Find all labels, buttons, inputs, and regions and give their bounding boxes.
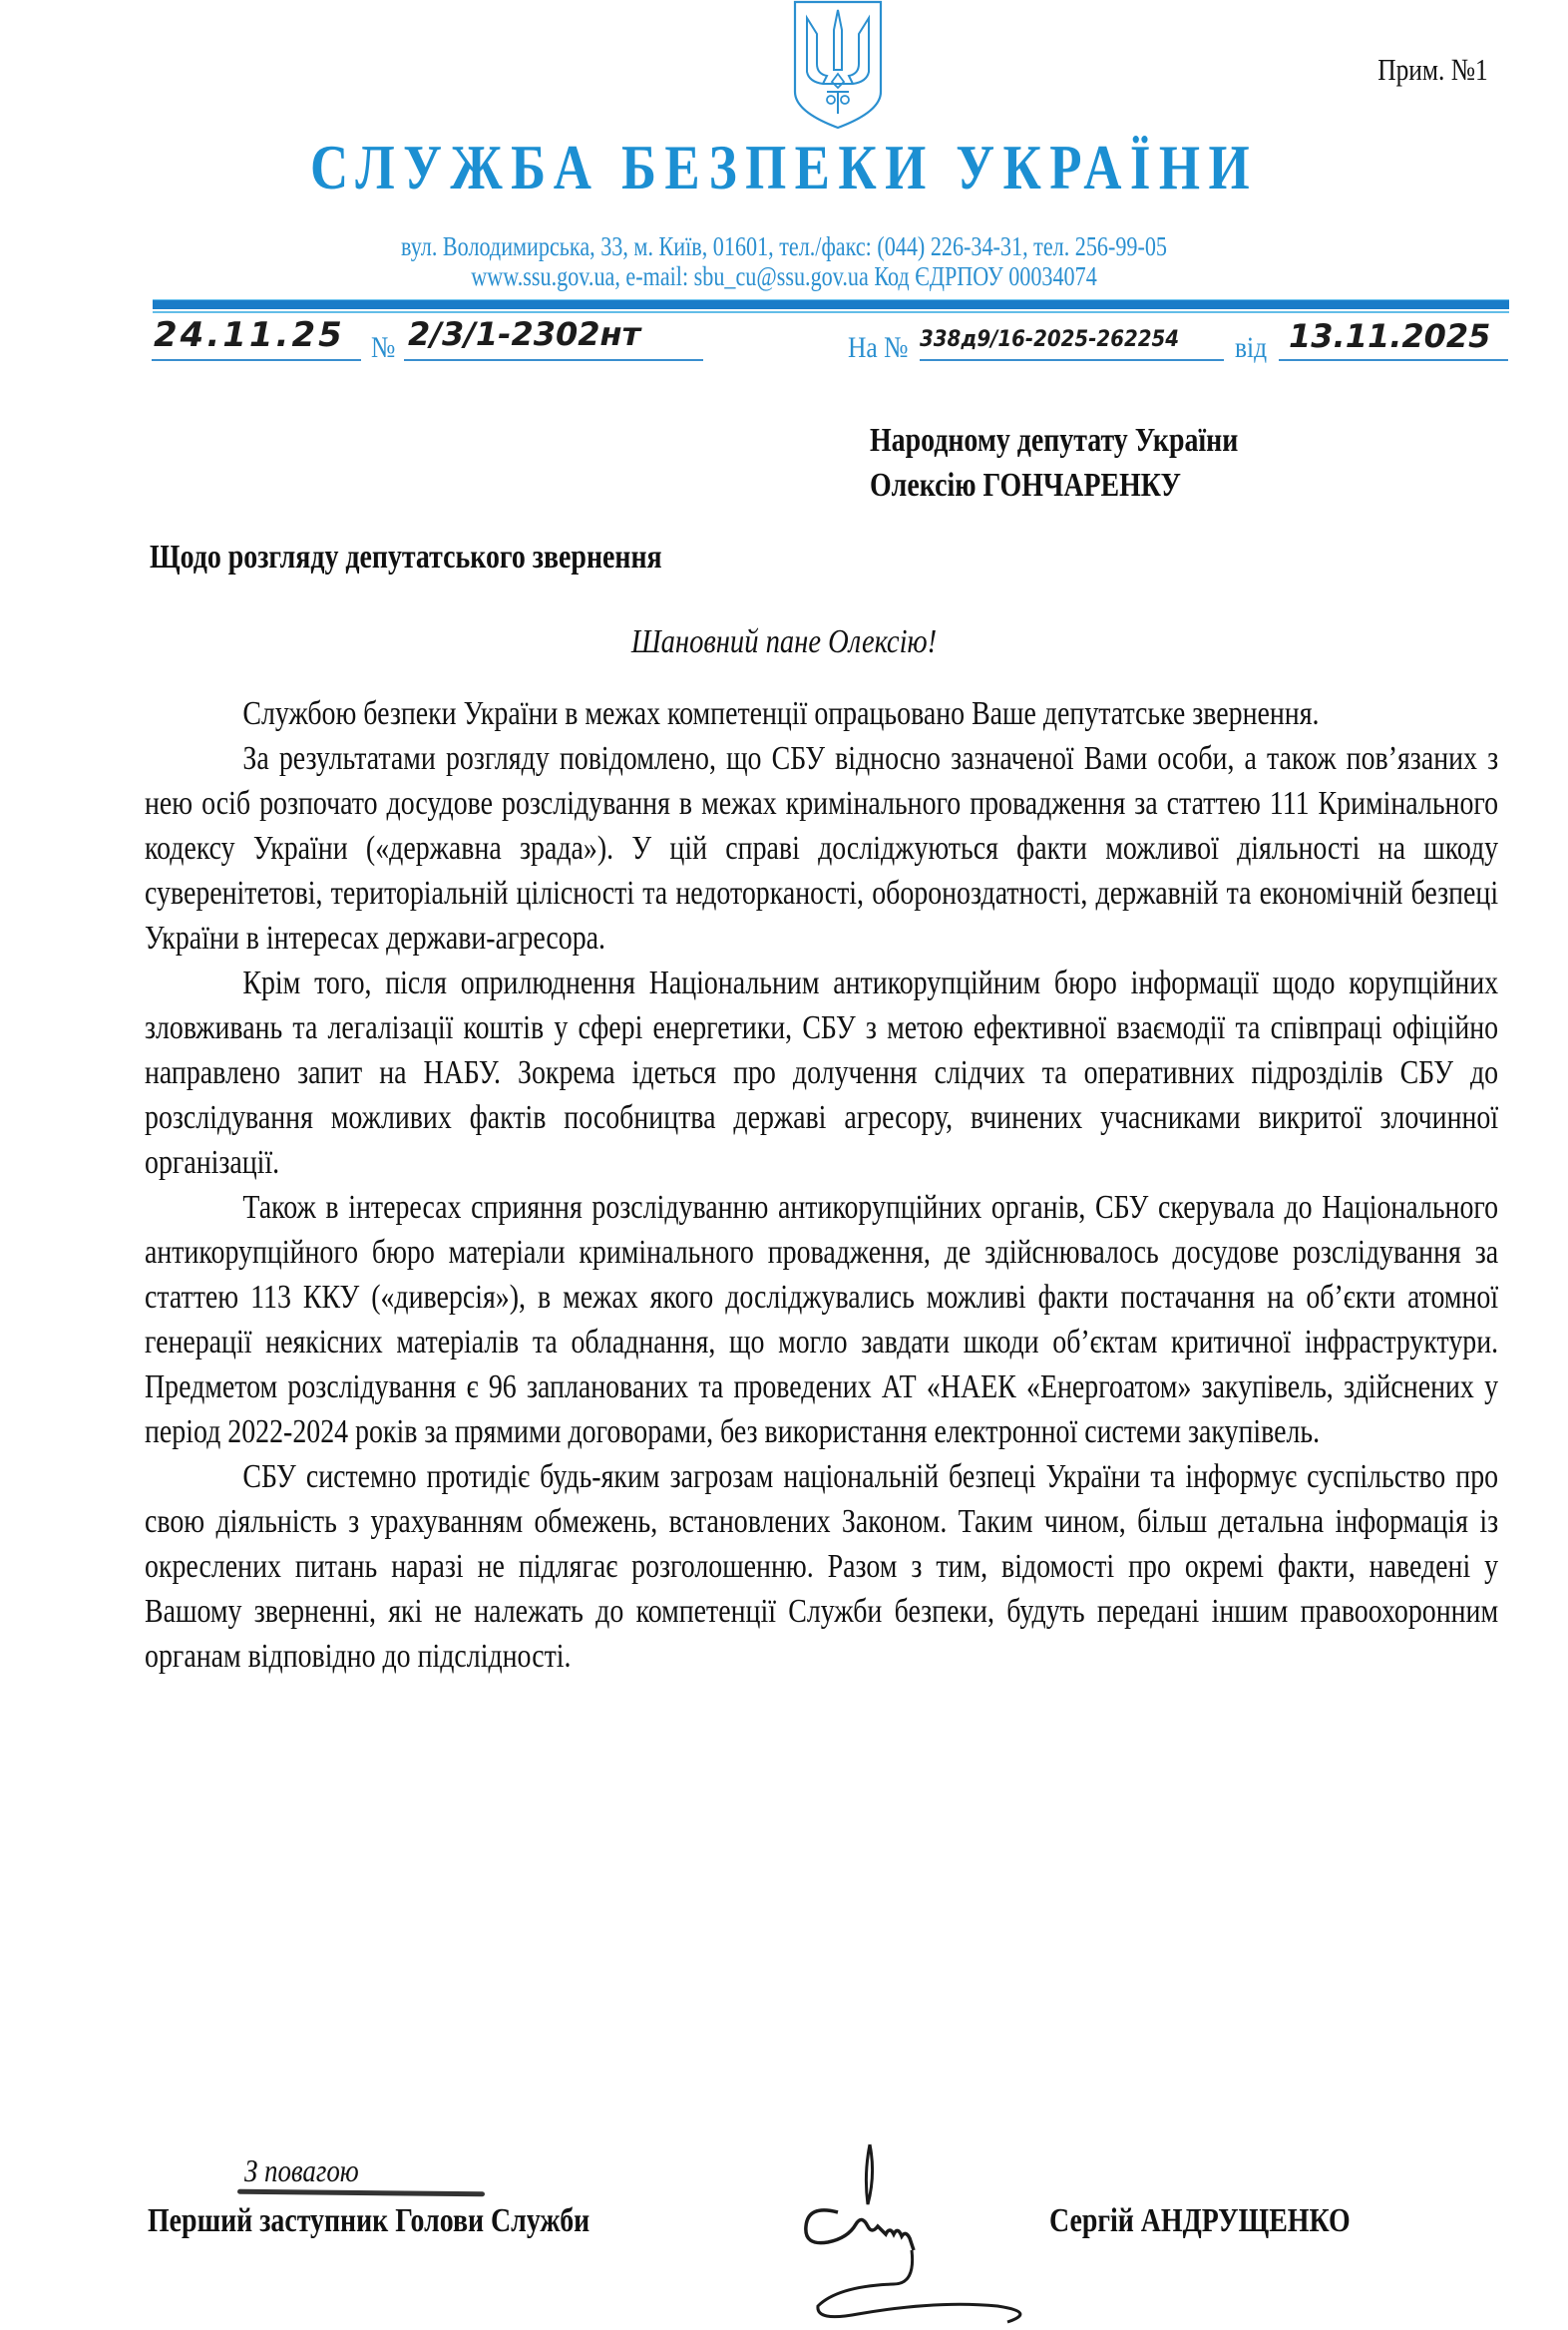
body-paragraph: За результатами розгляду повідомлено, що… (145, 736, 1498, 961)
outgoing-number-field: 2/3/1-2302нт (404, 317, 703, 361)
organization-contacts: www.ssu.gov.ua, e-mail: sbu_cu@ssu.gov.u… (141, 261, 1426, 292)
trident-icon (787, 0, 889, 130)
outgoing-number: 2/3/1-2302нт (408, 315, 640, 353)
reply-to-number-field: 338д9/16-2025-262254 (920, 319, 1224, 361)
closing-underline (237, 2189, 485, 2197)
annex-label: Прим. №1 (1378, 52, 1488, 88)
letterhead-rule-thin (153, 311, 1509, 313)
reply-to-label: На № (848, 331, 908, 365)
letter-body: Службою безпеки України в межах компетен… (145, 691, 1498, 1679)
reply-date-field: 13.11.2025 (1279, 319, 1508, 361)
letter-subject: Щодо розгляду депутатського звернення (150, 539, 662, 577)
signatory-position: Перший заступник Голови Служби (148, 2202, 589, 2240)
number-label: № (371, 331, 395, 365)
reply-to-number: 338д9/16-2025-262254 (920, 327, 1179, 352)
body-paragraph: СБУ системно протидіє будь-яким загрозам… (145, 1454, 1498, 1679)
reply-date: 13.11.2025 (1289, 317, 1490, 355)
organization-name: СЛУЖБА БЕЗПЕКИ УКРАЇНИ (126, 132, 1442, 204)
addressee-name: Олексію ГОНЧАРЕНКУ (870, 467, 1181, 505)
closing-phrase: З повагою (244, 2152, 359, 2189)
greeting: Шановний пане Олексію! (126, 623, 1442, 661)
letterhead-rule (153, 299, 1509, 309)
outgoing-date-field: 24.11.25 (152, 317, 361, 361)
outgoing-date: 24.11.25 (154, 315, 345, 355)
reply-date-label: від (1235, 331, 1267, 365)
addressee-title: Народному депутату України (870, 422, 1238, 460)
body-paragraph: Також в інтересах сприяння розслідуванню… (145, 1185, 1498, 1454)
body-paragraph: Службою безпеки України в межах компетен… (145, 691, 1498, 736)
body-paragraph: Крім того, після оприлюднення Національн… (145, 961, 1498, 1185)
signatory-name: Сергій АНДРУЩЕНКО (1049, 2202, 1351, 2240)
organization-address: вул. Володимирська, 33, м. Київ, 01601, … (141, 231, 1426, 262)
